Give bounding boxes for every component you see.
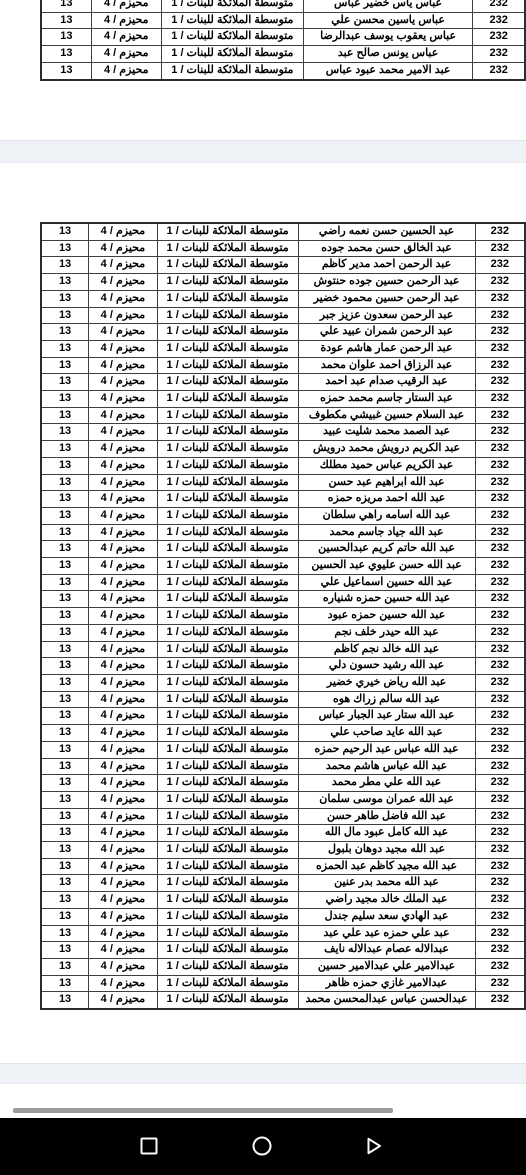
cell-district: محيزم / 4: [89, 942, 158, 959]
cell-name: عبدالامير غازي حمزه ظاهر: [298, 975, 475, 992]
cell-district: محيزم / 4: [89, 274, 158, 291]
cell-district: محيزم / 4: [89, 708, 158, 725]
cell-id: 232: [475, 608, 525, 625]
cell-school: متوسطة الملائكة للبنات / 1: [157, 958, 298, 975]
cell-district: محيزم / 4: [91, 46, 161, 63]
cell-school: متوسطة الملائكة للبنات / 1: [157, 491, 298, 508]
cell-id: 232: [473, 0, 525, 12]
table-row: 13محيزم / 4متوسطة الملائكة للبنات / 1عبد…: [41, 357, 525, 374]
table-row: 13محيزم / 4متوسطة الملائكة للبنات / 1عبد…: [41, 875, 525, 892]
cell-school: متوسطة الملائكة للبنات / 1: [157, 391, 298, 408]
table-row: 13محيزم / 4متوسطة الملائكة للبنات / 1عبا…: [41, 46, 525, 63]
cell-name: عبدالامير علي عبدالامير حسين: [298, 958, 475, 975]
cell-code: 13: [41, 658, 89, 675]
table-row: 13محيزم / 4متوسطة الملائكة للبنات / 1عبد…: [41, 842, 525, 859]
cell-district: محيزم / 4: [89, 374, 158, 391]
cell-name: عباس ياس خضير عباس: [303, 0, 473, 12]
cell-code: 13: [41, 29, 91, 46]
cell-school: متوسطة الملائكة للبنات / 1: [157, 858, 298, 875]
cell-district: محيزم / 4: [89, 658, 158, 675]
cell-id: 232: [475, 892, 525, 909]
cell-district: محيزم / 4: [89, 391, 158, 408]
cell-code: 13: [41, 725, 89, 742]
cell-school: متوسطة الملائكة للبنات / 1: [157, 925, 298, 942]
cell-name: عبد الله حسين اسماعيل علي: [298, 574, 475, 591]
cell-code: 13: [41, 491, 89, 508]
cell-name: عبد الرحمن شمران عبيد علي: [298, 324, 475, 341]
cell-id: 232: [473, 46, 525, 63]
cell-id: 232: [475, 674, 525, 691]
cell-name: عبد الله سالم زراك هوه: [298, 691, 475, 708]
cell-district: محيزم / 4: [89, 641, 158, 658]
cell-name: عبد الحسين حسن نعمه راضي: [298, 223, 475, 240]
back-triangle-icon: [361, 1134, 385, 1158]
cell-name: عبد الرحمن عمار هاشم عودة: [298, 340, 475, 357]
cell-code: 13: [41, 240, 89, 257]
cell-code: 13: [41, 558, 89, 575]
table-row: 13محيزم / 4متوسطة الملائكة للبنات / 1عبد…: [41, 758, 525, 775]
cell-district: محيزم / 4: [91, 12, 161, 29]
cell-school: متوسطة الملائكة للبنات / 1: [157, 407, 298, 424]
cell-id: 232: [475, 374, 525, 391]
cell-school: متوسطة الملائكة للبنات / 1: [157, 424, 298, 441]
cell-name: عبد الامير محمد عبود عباس: [303, 62, 473, 79]
cell-school: متوسطة الملائكة للبنات / 1: [157, 708, 298, 725]
table-row: 13محيزم / 4متوسطة الملائكة للبنات / 1عبد…: [41, 641, 525, 658]
cell-district: محيزم / 4: [89, 858, 158, 875]
cell-id: 232: [475, 992, 525, 1009]
cell-name: عبد الرقيب صدام عبد احمد: [298, 374, 475, 391]
cell-id: 232: [475, 641, 525, 658]
table-row: 13محيزم / 4متوسطة الملائكة للبنات / 1عبد…: [41, 942, 525, 959]
cell-district: محيزم / 4: [89, 357, 158, 374]
cell-code: 13: [41, 474, 89, 491]
table-row: 13محيزم / 4متوسطة الملائكة للبنات / 1عبد…: [41, 257, 525, 274]
cell-school: متوسطة الملائكة للبنات / 1: [157, 641, 298, 658]
cell-school: متوسطة الملائكة للبنات / 1: [157, 775, 298, 792]
cell-district: محيزم / 4: [89, 791, 158, 808]
cell-name: عبد الملك خالد مجيد راضي: [298, 892, 475, 909]
cell-name: عبد الرحمن سعدون عزيز جبر: [298, 307, 475, 324]
table-row: 13محيزم / 4متوسطة الملائكة للبنات / 1عبد…: [41, 374, 525, 391]
cell-code: 13: [41, 691, 89, 708]
cell-name: عبد الله مجيد دوهان بلبول: [298, 842, 475, 859]
cell-district: محيزم / 4: [89, 474, 158, 491]
cell-district: محيزم / 4: [89, 958, 158, 975]
cell-code: 13: [41, 524, 89, 541]
cell-id: 232: [475, 808, 525, 825]
page-break-separator: [0, 1063, 526, 1084]
cell-code: 13: [41, 791, 89, 808]
table-row: 13محيزم / 4متوسطة الملائكة للبنات / 1عبد…: [41, 541, 525, 558]
cell-id: 232: [475, 541, 525, 558]
cell-code: 13: [41, 507, 89, 524]
cell-name: عبد الرزاق احمد علوان محمد: [298, 357, 475, 374]
cell-district: محيزم / 4: [91, 0, 161, 12]
cell-name: عبد الله حاتم كريم عبدالحسين: [298, 541, 475, 558]
cell-district: محيزم / 4: [89, 624, 158, 641]
table-row: 13محيزم / 4متوسطة الملائكة للبنات / 1عبد…: [41, 274, 525, 291]
table-row: 13محيزم / 4متوسطة الملائكة للبنات / 1عبا…: [41, 12, 525, 29]
table-row: 13محيزم / 4متوسطة الملائكة للبنات / 1عبد…: [41, 825, 525, 842]
cell-district: محيزم / 4: [89, 608, 158, 625]
table-row: 13محيزم / 4متوسطة الملائكة للبنات / 1عبد…: [41, 925, 525, 942]
cell-name: عبد الله محمد بدر عنين: [298, 875, 475, 892]
cell-name: عبد الصمد محمد شليت عبيد: [298, 424, 475, 441]
table-row: 13محيزم / 4متوسطة الملائكة للبنات / 1عبد…: [41, 474, 525, 491]
cell-id: 232: [475, 842, 525, 859]
cell-name: عبد الله خالد نجم كاظم: [298, 641, 475, 658]
recent-apps-square-icon: [137, 1134, 161, 1158]
cell-district: محيزم / 4: [89, 725, 158, 742]
cell-id: 232: [475, 942, 525, 959]
cell-district: محيزم / 4: [89, 808, 158, 825]
cell-id: 232: [475, 725, 525, 742]
cell-district: محيزم / 4: [89, 507, 158, 524]
cell-district: محيزم / 4: [89, 223, 158, 240]
cell-code: 13: [41, 274, 89, 291]
cell-name: عبد الله عايد صاحب علي: [298, 725, 475, 742]
table-row: 13محيزم / 4متوسطة الملائكة للبنات / 1عبد…: [41, 340, 525, 357]
cell-school: متوسطة الملائكة للبنات / 1: [157, 658, 298, 675]
cell-school: متوسطة الملائكة للبنات / 1: [157, 474, 298, 491]
cell-school: متوسطة الملائكة للبنات / 1: [157, 741, 298, 758]
table-row: 13محيزم / 4متوسطة الملائكة للبنات / 1عبد…: [41, 858, 525, 875]
cell-name: عبد الله حسين حمزه شنياره: [298, 591, 475, 608]
table-row: 13محيزم / 4متوسطة الملائكة للبنات / 1عبد…: [41, 741, 525, 758]
cell-district: محيزم / 4: [89, 574, 158, 591]
cell-district: محيزم / 4: [89, 324, 158, 341]
cell-name: عبد الستار جاسم محمد حمزه: [298, 391, 475, 408]
cell-id: 232: [475, 925, 525, 942]
cell-school: متوسطة الملائكة للبنات / 1: [157, 875, 298, 892]
table-row: 13محيزم / 4متوسطة الملائكة للبنات / 1عبد…: [41, 725, 525, 742]
cell-code: 13: [41, 992, 89, 1009]
cell-district: محيزم / 4: [91, 62, 161, 79]
cell-name: عبد الرحمن حسين محمود خضير: [298, 290, 475, 307]
cell-code: 13: [41, 357, 89, 374]
cell-id: 232: [475, 424, 525, 441]
cell-name: عبد الله اسامه راهي سلطان: [298, 507, 475, 524]
table-row: 13محيزم / 4متوسطة الملائكة للبنات / 1عبد…: [41, 892, 525, 909]
cell-code: 13: [41, 12, 91, 29]
cell-name: عبد الله جياد جاسم محمد: [298, 524, 475, 541]
cell-id: 232: [475, 457, 525, 474]
cell-school: متوسطة الملائكة للبنات / 1: [161, 0, 303, 12]
cell-school: متوسطة الملائكة للبنات / 1: [161, 29, 303, 46]
cell-code: 13: [41, 591, 89, 608]
records-table: 13محيزم / 4متوسطة الملائكة للبنات / 1عبد…: [40, 222, 526, 1010]
cell-district: محيزم / 4: [89, 541, 158, 558]
cell-district: محيزم / 4: [89, 992, 158, 1009]
cell-id: 232: [475, 340, 525, 357]
table-row: 13محيزم / 4متوسطة الملائكة للبنات / 1عبا…: [41, 0, 525, 12]
cell-name: عباس يعقوب يوسف عبدالرضا: [303, 29, 473, 46]
cell-school: متوسطة الملائكة للبنات / 1: [157, 558, 298, 575]
cell-code: 13: [41, 641, 89, 658]
cell-id: 232: [475, 708, 525, 725]
cell-code: 13: [41, 808, 89, 825]
cell-name: عبد الله عمران موسى سلمان: [298, 791, 475, 808]
cell-school: متوسطة الملائكة للبنات / 1: [157, 441, 298, 458]
cell-code: 13: [41, 825, 89, 842]
cell-id: 232: [475, 691, 525, 708]
cell-name: عبد الله فاضل طاهر حسن: [298, 808, 475, 825]
cell-school: متوسطة الملائكة للبنات / 1: [157, 223, 298, 240]
table-row: 13محيزم / 4متوسطة الملائكة للبنات / 1عبد…: [41, 992, 525, 1009]
cell-district: محيزم / 4: [89, 307, 158, 324]
cell-school: متوسطة الملائكة للبنات / 1: [157, 608, 298, 625]
cell-id: 232: [475, 791, 525, 808]
table-row: 13محيزم / 4متوسطة الملائكة للبنات / 1عبد…: [41, 958, 525, 975]
table-row: 13محيزم / 4متوسطة الملائكة للبنات / 1عبد…: [41, 558, 525, 575]
table-row: 13محيزم / 4متوسطة الملائكة للبنات / 1عبد…: [41, 591, 525, 608]
table-row: 13محيزم / 4متوسطة الملائكة للبنات / 1عبد…: [41, 691, 525, 708]
android-navigation-bar: [0, 1118, 526, 1175]
cell-name: عبد الله مجيد كاظم عبد الحمزه: [298, 858, 475, 875]
cell-school: متوسطة الملائكة للبنات / 1: [157, 942, 298, 959]
cell-district: محيزم / 4: [89, 240, 158, 257]
cell-school: متوسطة الملائكة للبنات / 1: [157, 257, 298, 274]
cell-code: 13: [41, 541, 89, 558]
cell-name: عبد الله ابراهيم عبد حسن: [298, 474, 475, 491]
cell-id: 232: [473, 12, 525, 29]
cell-name: عبد الله كامل عبود مال الله: [298, 825, 475, 842]
cell-name: عبد الله حسين حمزه عبود: [298, 608, 475, 625]
cell-district: محيزم / 4: [89, 340, 158, 357]
table-row: 13محيزم / 4متوسطة الملائكة للبنات / 1عبد…: [41, 658, 525, 675]
cell-id: 232: [475, 558, 525, 575]
cell-district: محيزم / 4: [89, 257, 158, 274]
cell-code: 13: [41, 975, 89, 992]
cell-code: 13: [41, 457, 89, 474]
cell-district: محيزم / 4: [91, 29, 161, 46]
cell-id: 232: [473, 29, 525, 46]
table-row: 13محيزم / 4متوسطة الملائكة للبنات / 1عبد…: [41, 708, 525, 725]
cell-code: 13: [41, 574, 89, 591]
cell-district: محيزم / 4: [89, 775, 158, 792]
cell-id: 232: [473, 62, 525, 79]
cell-district: محيزم / 4: [89, 441, 158, 458]
table-row: 13محيزم / 4متوسطة الملائكة للبنات / 1عبد…: [41, 441, 525, 458]
cell-district: محيزم / 4: [89, 908, 158, 925]
cell-code: 13: [41, 741, 89, 758]
cell-name: عبد الله رياض خيري خضير: [298, 674, 475, 691]
cell-school: متوسطة الملائكة للبنات / 1: [157, 691, 298, 708]
cell-district: محيزم / 4: [89, 290, 158, 307]
records-table-lower-fragment: 13محيزم / 4متوسطة الملائكة للبنات / 1عبد…: [40, 222, 526, 1010]
recent-apps-button[interactable]: [135, 1132, 163, 1160]
table-row: 13محيزم / 4متوسطة الملائكة للبنات / 1عبد…: [41, 507, 525, 524]
cell-id: 232: [475, 357, 525, 374]
cell-code: 13: [41, 608, 89, 625]
cell-code: 13: [41, 46, 91, 63]
cell-school: متوسطة الملائكة للبنات / 1: [157, 507, 298, 524]
cell-id: 232: [475, 223, 525, 240]
cell-name: عبد الرحمن احمد مدير كاظم: [298, 257, 475, 274]
cell-school: متوسطة الملائكة للبنات / 1: [157, 624, 298, 641]
page-break-separator: [0, 140, 526, 163]
cell-district: محيزم / 4: [89, 524, 158, 541]
cell-code: 13: [41, 0, 91, 12]
cell-school: متوسطة الملائكة للبنات / 1: [157, 290, 298, 307]
table-row: 13محيزم / 4متوسطة الملائكة للبنات / 1عبد…: [41, 524, 525, 541]
cell-school: متوسطة الملائكة للبنات / 1: [157, 457, 298, 474]
cell-district: محيزم / 4: [89, 842, 158, 859]
cell-id: 232: [475, 741, 525, 758]
cell-school: متوسطة الملائكة للبنات / 1: [157, 541, 298, 558]
table-row: 13محيزم / 4متوسطة الملائكة للبنات / 1عبد…: [41, 608, 525, 625]
cell-code: 13: [41, 391, 89, 408]
cell-name: عبد الله عباس هاشم محمد: [298, 758, 475, 775]
cell-code: 13: [41, 892, 89, 909]
cell-district: محيزم / 4: [89, 691, 158, 708]
cell-district: محيزم / 4: [89, 925, 158, 942]
cell-id: 232: [475, 391, 525, 408]
cell-school: متوسطة الملائكة للبنات / 1: [157, 374, 298, 391]
cell-district: محيزم / 4: [89, 758, 158, 775]
cell-id: 232: [475, 958, 525, 975]
cell-school: متوسطة الملائكة للبنات / 1: [157, 908, 298, 925]
table-row: 13محيزم / 4متوسطة الملائكة للبنات / 1عبد…: [41, 674, 525, 691]
cell-name: عبد الله علي مطر محمد: [298, 775, 475, 792]
cell-code: 13: [41, 942, 89, 959]
back-button[interactable]: [359, 1132, 387, 1160]
cell-id: 232: [475, 307, 525, 324]
table-row: 13محيزم / 4متوسطة الملائكة للبنات / 1عبد…: [41, 491, 525, 508]
cell-school: متوسطة الملائكة للبنات / 1: [157, 574, 298, 591]
cell-school: متوسطة الملائكة للبنات / 1: [157, 725, 298, 742]
cell-district: محيزم / 4: [89, 741, 158, 758]
cell-school: متوسطة الملائكة للبنات / 1: [157, 975, 298, 992]
cell-school: متوسطة الملائكة للبنات / 1: [157, 791, 298, 808]
table-row: 13محيزم / 4متوسطة الملائكة للبنات / 1عبد…: [41, 62, 525, 79]
table-row: 13محيزم / 4متوسطة الملائكة للبنات / 1عبد…: [41, 457, 525, 474]
cell-id: 232: [475, 491, 525, 508]
cell-name: عبد الله احمد مريزه حمزه: [298, 491, 475, 508]
cell-id: 232: [475, 257, 525, 274]
cell-id: 232: [475, 441, 525, 458]
cell-school: متوسطة الملائكة للبنات / 1: [157, 591, 298, 608]
cell-code: 13: [41, 340, 89, 357]
cell-id: 232: [475, 574, 525, 591]
cell-code: 13: [41, 407, 89, 424]
cell-code: 13: [41, 758, 89, 775]
cell-code: 13: [41, 958, 89, 975]
home-button[interactable]: [248, 1132, 276, 1160]
table-row: 13محيزم / 4متوسطة الملائكة للبنات / 1عبد…: [41, 574, 525, 591]
records-table-upper-fragment: 13محيزم / 4متوسطة الملائكة للبنات / 1عبا…: [40, 0, 526, 81]
cell-district: محيزم / 4: [89, 674, 158, 691]
cell-id: 232: [475, 240, 525, 257]
cell-code: 13: [41, 858, 89, 875]
records-table: 13محيزم / 4متوسطة الملائكة للبنات / 1عبا…: [40, 0, 526, 81]
cell-name: عبد الخالق حسن محمد جوده: [298, 240, 475, 257]
cell-code: 13: [41, 925, 89, 942]
cell-school: متوسطة الملائكة للبنات / 1: [157, 892, 298, 909]
cell-school: متوسطة الملائكة للبنات / 1: [157, 240, 298, 257]
table-row: 13محيزم / 4متوسطة الملائكة للبنات / 1عبد…: [41, 324, 525, 341]
cell-id: 232: [475, 624, 525, 641]
cell-code: 13: [41, 775, 89, 792]
horizontal-scrollbar-thumb[interactable]: [13, 1108, 393, 1113]
cell-id: 232: [475, 825, 525, 842]
cell-school: متوسطة الملائكة للبنات / 1: [157, 274, 298, 291]
cell-id: 232: [475, 507, 525, 524]
cell-district: محيزم / 4: [89, 424, 158, 441]
table-row: 13محيزم / 4متوسطة الملائكة للبنات / 1عبد…: [41, 307, 525, 324]
cell-name: عبد الهادي سعد سليم جندل: [298, 908, 475, 925]
cell-name: عبد الله حسن عليوي عبد الحسين: [298, 558, 475, 575]
cell-name: عبد الرحمن حسين جوده حنتوش: [298, 274, 475, 291]
table-row: 13محيزم / 4متوسطة الملائكة للبنات / 1عبد…: [41, 240, 525, 257]
cell-district: محيزم / 4: [89, 558, 158, 575]
cell-school: متوسطة الملائكة للبنات / 1: [157, 758, 298, 775]
cell-name: عباس يونس صالح عبد: [303, 46, 473, 63]
cell-district: محيزم / 4: [89, 892, 158, 909]
cell-school: متوسطة الملائكة للبنات / 1: [157, 808, 298, 825]
cell-id: 232: [475, 591, 525, 608]
table-row: 13محيزم / 4متوسطة الملائكة للبنات / 1عبد…: [41, 290, 525, 307]
cell-school: متوسطة الملائكة للبنات / 1: [161, 46, 303, 63]
cell-code: 13: [41, 424, 89, 441]
cell-school: متوسطة الملائكة للبنات / 1: [157, 992, 298, 1009]
home-circle-icon: [250, 1134, 274, 1158]
cell-district: محيزم / 4: [89, 457, 158, 474]
table-row: 13محيزم / 4متوسطة الملائكة للبنات / 1عبد…: [41, 975, 525, 992]
cell-name: عبدالاله عصام عبدالاله نايف: [298, 942, 475, 959]
cell-code: 13: [41, 307, 89, 324]
table-row: 13محيزم / 4متوسطة الملائكة للبنات / 1عبد…: [41, 908, 525, 925]
cell-id: 232: [475, 290, 525, 307]
table-row: 13محيزم / 4متوسطة الملائكة للبنات / 1عبد…: [41, 391, 525, 408]
cell-code: 13: [41, 674, 89, 691]
cell-district: محيزم / 4: [89, 491, 158, 508]
cell-name: عبد السلام حسين غبيشي مكطوف: [298, 407, 475, 424]
cell-code: 13: [41, 624, 89, 641]
cell-name: عبد الله رشيد حسون دلي: [298, 658, 475, 675]
cell-district: محيزم / 4: [89, 975, 158, 992]
cell-id: 232: [475, 324, 525, 341]
table-row: 13محيزم / 4متوسطة الملائكة للبنات / 1عبا…: [41, 29, 525, 46]
cell-code: 13: [41, 324, 89, 341]
cell-district: محيزم / 4: [89, 591, 158, 608]
cell-school: متوسطة الملائكة للبنات / 1: [157, 307, 298, 324]
cell-school: متوسطة الملائكة للبنات / 1: [157, 324, 298, 341]
cell-id: 232: [475, 474, 525, 491]
cell-code: 13: [41, 842, 89, 859]
cell-id: 232: [475, 758, 525, 775]
cell-school: متوسطة الملائكة للبنات / 1: [157, 674, 298, 691]
cell-name: عبدالحسن عباس عبدالمحسن محمد: [298, 992, 475, 1009]
cell-school: متوسطة الملائكة للبنات / 1: [157, 340, 298, 357]
cell-district: محيزم / 4: [89, 407, 158, 424]
cell-school: متوسطة الملائكة للبنات / 1: [157, 524, 298, 541]
cell-code: 13: [41, 875, 89, 892]
table-row: 13محيزم / 4متوسطة الملائكة للبنات / 1عبد…: [41, 791, 525, 808]
cell-name: عباس ياسين محسن علي: [303, 12, 473, 29]
table-row: 13محيزم / 4متوسطة الملائكة للبنات / 1عبد…: [41, 407, 525, 424]
cell-code: 13: [41, 708, 89, 725]
table-row: 13محيزم / 4متوسطة الملائكة للبنات / 1عبد…: [41, 424, 525, 441]
cell-name: عبد الله ستار عبد الجبار عباس: [298, 708, 475, 725]
cell-name: عبد الله حيدر خلف نجم: [298, 624, 475, 641]
cell-school: متوسطة الملائكة للبنات / 1: [157, 357, 298, 374]
table-row: 13محيزم / 4متوسطة الملائكة للبنات / 1عبد…: [41, 775, 525, 792]
cell-code: 13: [41, 441, 89, 458]
cell-code: 13: [41, 62, 91, 79]
cell-id: 232: [475, 908, 525, 925]
